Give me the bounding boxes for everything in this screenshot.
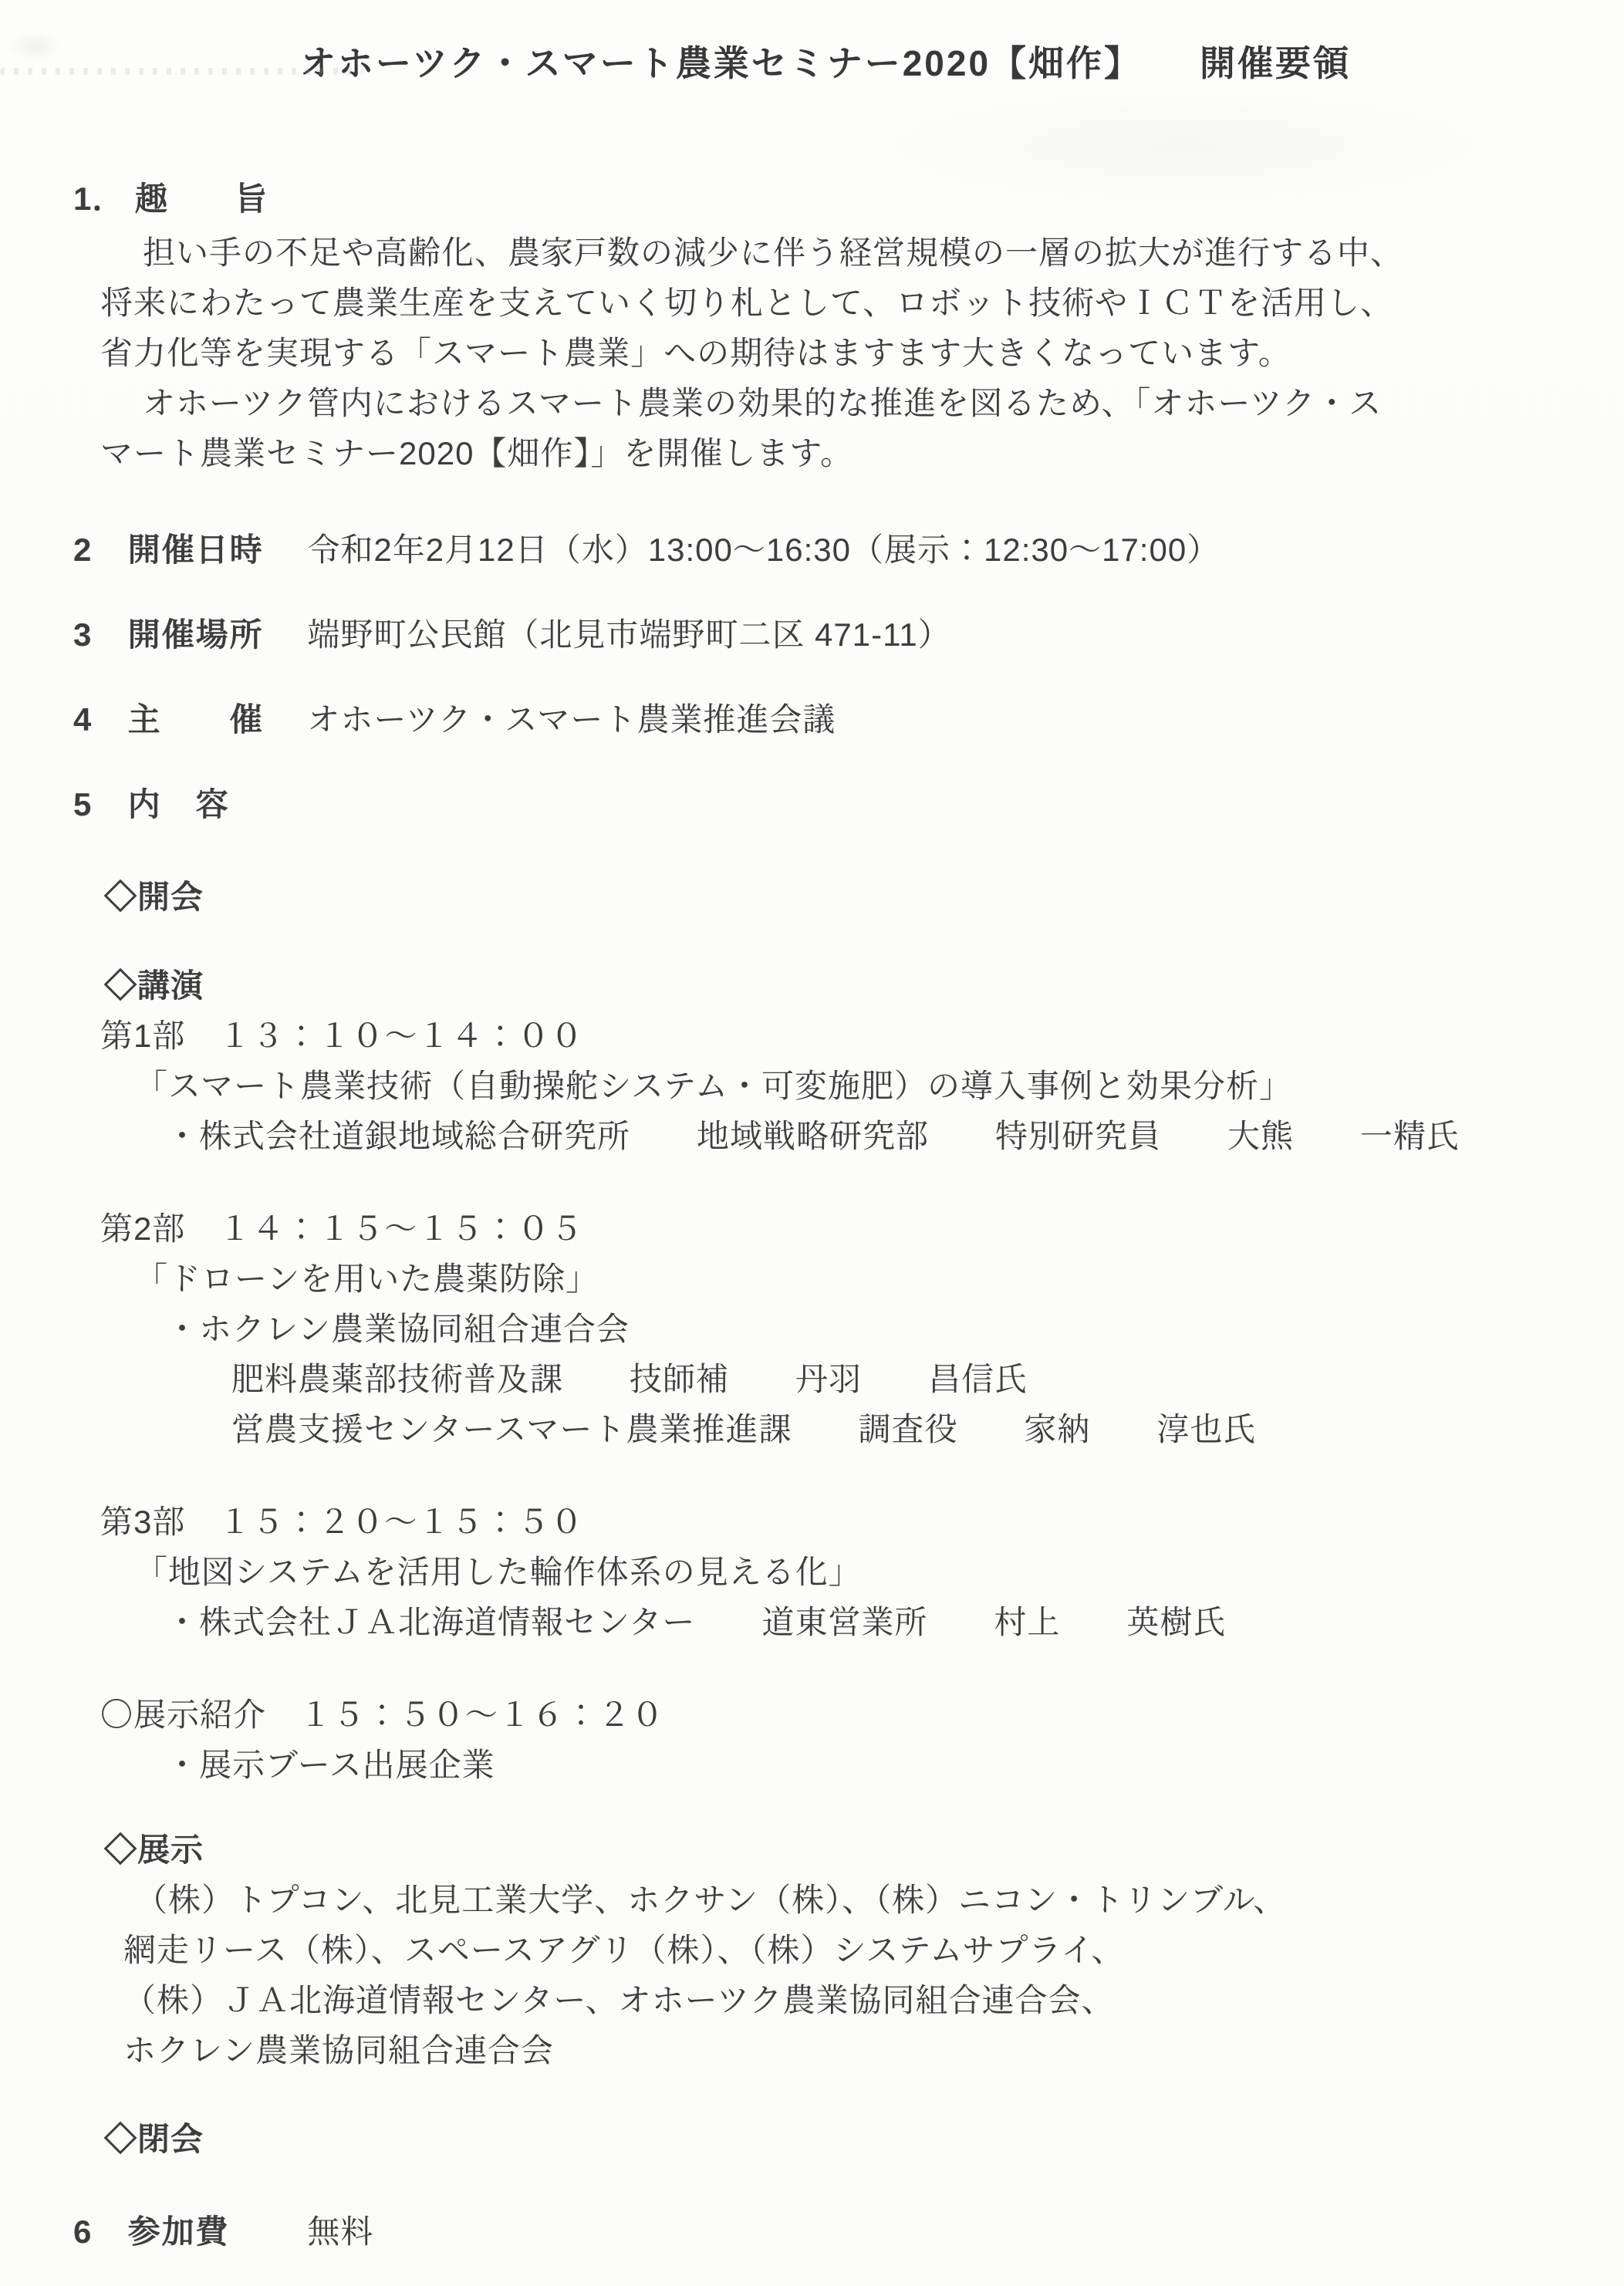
item-organizer: 4 主 催 オホーツク・スマート農業推進会議 [73, 694, 1578, 745]
scan-smudge-icon [8, 31, 62, 62]
purpose-line: オホーツク管内におけるスマート農業の効果的な推進を図るため、「オホーツク・ス [143, 378, 1578, 428]
part1-speaker: ・株式会社道銀地域総合研究所 地域戦略研究部 特別研究員 大熊 一精氏 [166, 1111, 1578, 1161]
purpose-line: マート農業セミナー2020【畑作】」を開催します。 [100, 428, 1578, 478]
part3-subject: 「地図システムを活用した輪作体系の見える化」 [135, 1547, 1578, 1597]
item-contents: 5 内 容 [73, 779, 1578, 829]
purpose-line: 担い手の不足や高齢化、農家戸数の減少に伴う経営規模の一層の拡大が進行する中、 [143, 228, 1578, 278]
item-label: 内 容 [128, 779, 298, 829]
lecture-part2: 第2部 １４：１５～１５：０５ 「ドローンを用いた農薬防除」 ・ホクレン農業協同… [73, 1204, 1578, 1454]
item-number: 2 [73, 525, 118, 575]
part3-speaker: ・株式会社ＪＡ北海道情報センター 道東営業所 村上 英樹氏 [166, 1597, 1578, 1647]
section-purpose: 1． 趣 旨 担い手の不足や高齢化、農家戸数の減少に伴う経営規模の一層の拡大が進… [73, 174, 1578, 478]
item-number: 4 [73, 694, 118, 745]
lecture-part1: 第1部 １３：１０～１４：００ 「スマート農業技術（自動操舵システム・可変施肥）… [73, 1011, 1578, 1161]
part2-title: 第2部 １４：１５～１５：０５ [100, 1204, 1578, 1254]
item-label: 参加費 [128, 2207, 298, 2257]
scan-artifact-line [0, 68, 363, 75]
item-number: 3 [73, 609, 118, 660]
part1-subject: 「スマート農業技術（自動操舵システム・可変施肥）の導入事例と効果分析」 [135, 1061, 1578, 1111]
item-value: 無料 [307, 2213, 373, 2250]
scan-ghost-showthrough [837, 85, 1531, 208]
item-number: 5 [73, 779, 118, 829]
exhibitor-line: （株）ＪＡ北海道情報センター、オホーツク農業協同組合連合会、 [123, 1975, 1578, 2025]
item-label: 主 催 [128, 694, 298, 745]
item-number: 6 [73, 2207, 118, 2257]
exhibitor-line: 網走リース（株）、スペースアグリ（株）、（株）システムサプライ、 [123, 1925, 1578, 1975]
purpose-line: 将来にわたって農業生産を支えていく切り札として、ロボット技術やＩＣＴを活用し、 [100, 278, 1578, 328]
item-label: 開催日時 [128, 525, 298, 575]
item-value: 令和2年2月12日（水）13:00～16:30（展示：12:30～17:00） [307, 532, 1220, 568]
scanned-document-page: オホーツク・スマート農業セミナー2020【畑作】 開催要領 1． 趣 旨 担い手… [0, 0, 1624, 2286]
purpose-number: 1． [73, 174, 125, 224]
item-value: オホーツク・スマート農業推進会議 [307, 701, 836, 738]
exhibition-heading: ◇展示 [104, 1825, 1578, 1875]
part2-speaker2: 肥料農薬部技術普及課 技師補 丹羽 昌信氏 [231, 1354, 1578, 1404]
program-closing: ◇閉会 [104, 2114, 1578, 2164]
exhibitor-line: ホクレン農業協同組合連合会 [123, 2025, 1578, 2075]
exhibition-intro: 〇展示紹介 １５：５０～１６：２０ ・展示ブース出展企業 [73, 1690, 1578, 1790]
lecture-part3: 第3部 １５：２０～１５：５０ 「地図システムを活用した輪作体系の見える化」 ・… [73, 1497, 1578, 1647]
section-program: ◇開会 ◇講演 第1部 １３：１０～１４：００ 「スマート農業技術（自動操舵シス… [73, 872, 1578, 2164]
item-label: 開催場所 [128, 609, 298, 660]
part1-title: 第1部 １３：１０～１４：００ [100, 1011, 1578, 1061]
program-lectures-heading: ◇講演 [104, 961, 1578, 1011]
exhibitor-line: （株）トプコン、北見工業大学、ホクサン（株）、（株）ニコン・トリンブル、 [135, 1875, 1578, 1925]
item-venue: 3 開催場所 端野町公民館（北見市端野町二区 471-11） [73, 609, 1578, 660]
exhibition-intro-title: 〇展示紹介 １５：５０～１６：２０ [100, 1690, 1578, 1740]
exhibition-intro-line: ・展示ブース出展企業 [166, 1740, 1578, 1790]
page-title: オホーツク・スマート農業セミナー2020【畑作】 開催要領 [73, 39, 1578, 89]
item-value: 端野町公民館（北見市端野町二区 471-11） [307, 616, 950, 653]
part2-speaker: ・ホクレン農業協同組合連合会 [166, 1304, 1578, 1354]
program-opening: ◇開会 [104, 872, 1578, 922]
purpose-line: 省力化等を実現する「スマート農業」への期待はますます大きくなっています。 [100, 328, 1578, 378]
part2-speaker3: 営農支援センタースマート農業推進課 調査役 家納 淳也氏 [231, 1404, 1578, 1454]
item-datetime: 2 開催日時 令和2年2月12日（水）13:00～16:30（展示：12:30～… [73, 525, 1578, 575]
purpose-heading-label: 趣 旨 [135, 181, 268, 217]
exhibition: ◇展示 （株）トプコン、北見工業大学、ホクサン（株）、（株）ニコン・トリンブル、… [73, 1825, 1578, 2075]
part2-subject: 「ドローンを用いた農薬防除」 [135, 1254, 1578, 1304]
part3-title: 第3部 １５：２０～１５：５０ [100, 1497, 1578, 1547]
item-fee: 6 参加費 無料 [73, 2207, 1578, 2257]
